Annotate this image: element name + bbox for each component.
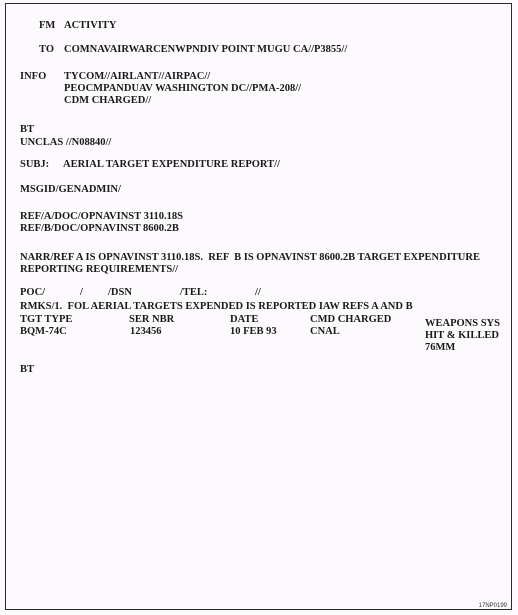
ref-line: REF/B/DOC/OPNAVINST 8600.2B bbox=[20, 223, 179, 235]
poc-label: POC/ bbox=[20, 287, 45, 299]
table-cell-weapons-sys: HIT & KILLED bbox=[425, 330, 499, 342]
to-value: COMNAVAIRWARCENWPNDIV POINT MUGU CA//P38… bbox=[64, 44, 347, 56]
info-label: INFO bbox=[20, 71, 46, 83]
classification: UNCLAS //N08840// bbox=[20, 137, 111, 149]
info-line: CDM CHARGED// bbox=[64, 95, 151, 107]
ref-line: REF/A/DOC/OPNAVINST 3110.18S bbox=[20, 211, 183, 223]
poc-tel: /TEL: bbox=[180, 287, 207, 299]
narr-line: REPORTING REQUIREMENTS// bbox=[20, 264, 178, 276]
table-cell-date: 10 FEB 93 bbox=[230, 326, 277, 338]
table-header-cmd-charged: CMD CHARGED bbox=[310, 314, 391, 326]
table-header-ser-nbr: SER NBR bbox=[129, 314, 174, 326]
to-label: TO bbox=[39, 44, 54, 56]
poc-slash: / bbox=[80, 287, 83, 299]
bt-open: BT bbox=[20, 124, 34, 136]
poc-end: // bbox=[255, 287, 261, 299]
figure-code: 17NP0199 bbox=[479, 603, 507, 609]
table-cell-ser-nbr: 123456 bbox=[130, 326, 162, 338]
table-header-date: DATE bbox=[230, 314, 258, 326]
info-line: TYCOM//AIRLANT//AIRPAC// bbox=[64, 71, 210, 83]
fm-value: ACTIVITY bbox=[64, 20, 117, 32]
rmks: RMKS/1. FOL AERIAL TARGETS EXPENDED IS R… bbox=[20, 301, 413, 313]
table-header-tgt-type: TGT TYPE bbox=[20, 314, 72, 326]
fm-label: FM bbox=[39, 20, 55, 32]
narr-line: NARR/REF A IS OPNAVINST 3110.18S. REF B … bbox=[20, 252, 480, 264]
info-line: PEOCMPANDUAV WASHINGTON DC//PMA-208// bbox=[64, 83, 301, 95]
poc-dsn: /DSN bbox=[108, 287, 132, 299]
bt-close: BT bbox=[20, 364, 34, 376]
table-cell-weapon-caliber: 76MM bbox=[425, 342, 455, 354]
table-header-weapons-sys: WEAPONS SYS bbox=[425, 318, 500, 330]
subj-label: SUBJ: bbox=[20, 159, 49, 171]
table-cell-cmd-charged: CNAL bbox=[310, 326, 340, 338]
table-cell-tgt-type: BQM-74C bbox=[20, 326, 67, 338]
msgid: MSGID/GENADMIN/ bbox=[20, 184, 121, 196]
subj-value: AERIAL TARGET EXPENDITURE REPORT// bbox=[63, 159, 280, 171]
